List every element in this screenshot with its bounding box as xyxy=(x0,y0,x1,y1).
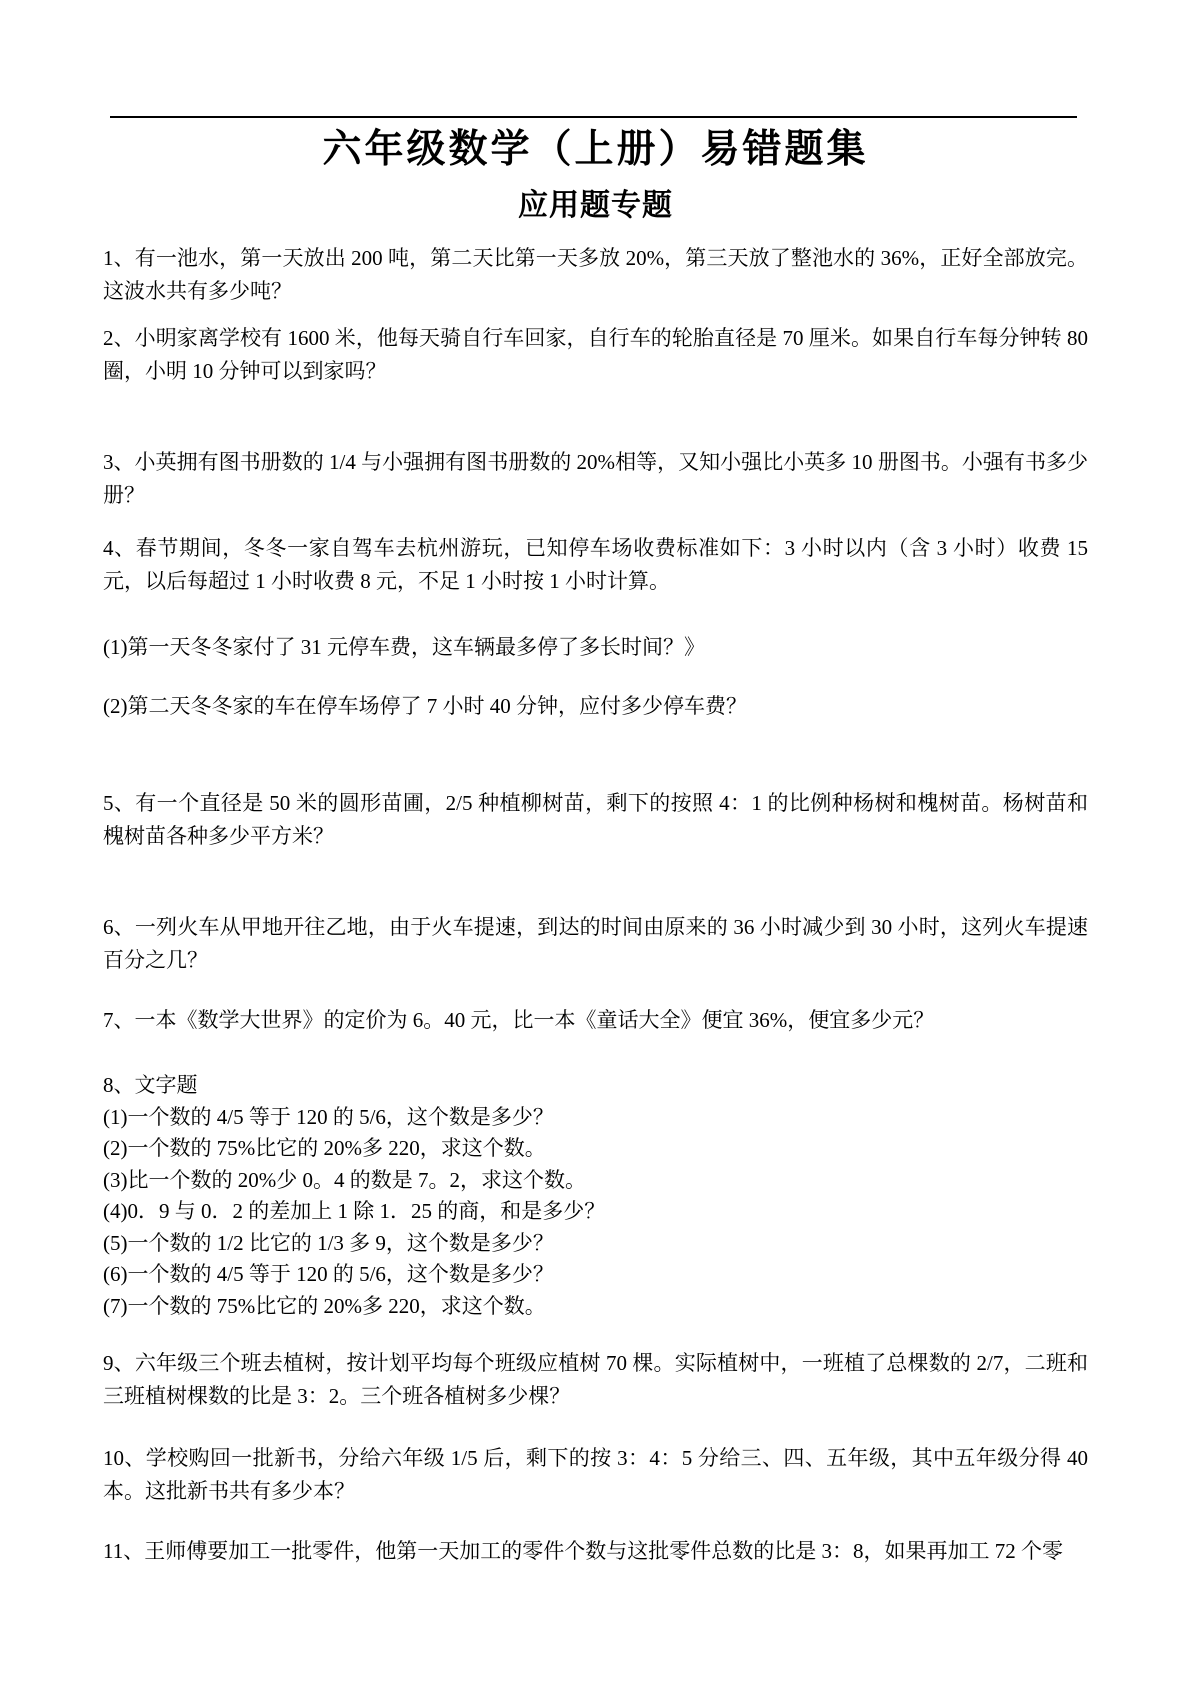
question-5: 5、有一个直径是 50 米的圆形苗圃，2/5 种植柳树苗，剩下的按照 4：1 的… xyxy=(103,787,1088,853)
question-4-sub-1: (1)第一天冬冬家付了 31 元停车费，这车辆最多停了多长时间？》 xyxy=(103,631,1088,664)
question-3: 3、小英拥有图书册数的 1/4 与小强拥有图书册数的 20%相等，又知小强比小英… xyxy=(103,446,1088,512)
question-4-sub-2: (2)第二天冬冬家的车在停车场停了 7 小时 40 分钟，应付多少停车费？ xyxy=(103,690,1088,723)
question-4: 4、春节期间，冬冬一家自驾车去杭州游玩，已知停车场收费标准如下：3 小时以内（含… xyxy=(103,532,1088,598)
question-6: 6、一列火车从甲地开往乙地，由于火车提速，到达的时间由原来的 36 小时减少到 … xyxy=(103,911,1088,977)
question-2: 2、小明家离学校有 1600 米，他每天骑自行车回家，自行车的轮胎直径是 70 … xyxy=(103,322,1088,388)
question-10: 10、学校购回一批新书，分给六年级 1/5 后，剩下的按 3：4：5 分给三、四… xyxy=(103,1442,1088,1508)
question-8-word-problems-list: 8、文字题 (1)一个数的 4/5 等于 120 的 5/6，这个数是多少？ (… xyxy=(103,1070,1088,1322)
document-title: 六年级数学（上册）易错题集 xyxy=(103,126,1088,175)
question-9: 9、六年级三个班去植树，按计划平均每个班级应植树 70 棵。实际植树中，一班植了… xyxy=(103,1347,1088,1413)
document-subtitle: 应用题专题 xyxy=(103,187,1088,225)
header-rule xyxy=(110,116,1077,118)
question-7: 7、一本《数学大世界》的定价为 6。40 元，比一本《童话大全》便宜 36%，便… xyxy=(103,1004,1088,1037)
question-1: 1、有一池水，第一天放出 200 吨，第二天比第一天多放 20%，第三天放了整池… xyxy=(103,242,1088,308)
question-11: 11、王师傅要加工一批零件，他第一天加工的零件个数与这批零件总数的比是 3：8，… xyxy=(103,1535,1088,1568)
document-page: 六年级数学（上册）易错题集 应用题专题 1、有一池水，第一天放出 200 吨，第… xyxy=(0,0,1191,1684)
